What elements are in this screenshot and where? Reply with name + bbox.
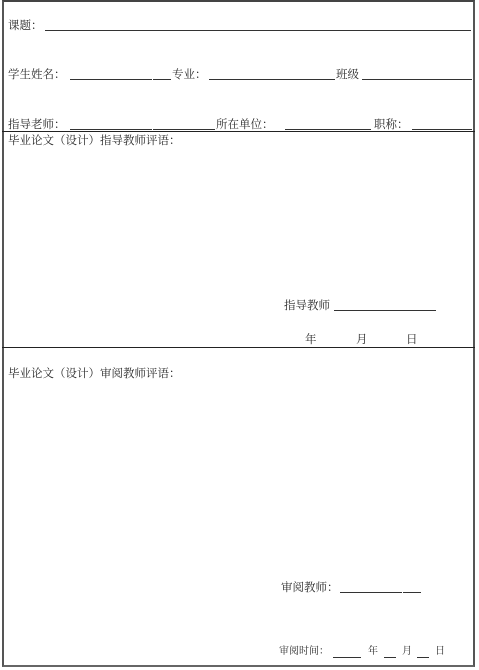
student-name-field-extra[interactable] (153, 79, 171, 80)
major-field[interactable] (209, 79, 335, 80)
reviewer-signature-field-extra[interactable] (403, 592, 421, 593)
title-field[interactable] (412, 129, 472, 130)
reviewer-comment-area[interactable] (6, 384, 471, 569)
class-label: 班级 (336, 67, 359, 81)
title-label: 职称： (374, 117, 409, 131)
advisor-field-extra[interactable] (153, 129, 215, 130)
class-field[interactable] (362, 79, 472, 80)
advisor-field[interactable] (70, 129, 152, 130)
review-month-field[interactable] (384, 657, 396, 658)
student-name-field[interactable] (70, 79, 152, 80)
advisor-month-label: 月 (356, 332, 368, 346)
advisor-day-label: 日 (406, 332, 418, 346)
review-year-label: 年 (368, 645, 378, 659)
topic-label: 课题： (8, 18, 43, 32)
unit-field[interactable] (285, 129, 371, 130)
advisor-signature-field[interactable] (334, 310, 436, 311)
advisor-comment-heading: 毕业论文（设计）指导教师评语： (8, 133, 181, 147)
advisor-label: 指导老师： (8, 117, 66, 131)
review-day-label: 日 (435, 645, 445, 659)
reviewer-signature-label: 审阅教师： (281, 580, 339, 594)
review-month-label: 月 (402, 645, 412, 659)
student-name-label: 学生姓名： (8, 67, 66, 81)
topic-field[interactable] (45, 30, 471, 31)
review-date-label: 审阅时间： (279, 645, 329, 659)
reviewer-signature-field[interactable] (340, 592, 402, 593)
advisor-comment-area[interactable] (6, 150, 471, 290)
review-year-field[interactable] (333, 657, 361, 658)
unit-label: 所在单位： (216, 117, 274, 131)
major-label: 专业： (172, 67, 207, 81)
section-divider (2, 347, 475, 348)
review-day-field[interactable] (417, 657, 429, 658)
header-divider (2, 131, 475, 132)
advisor-year-label: 年 (305, 332, 317, 346)
reviewer-comment-heading: 毕业论文（设计）审阅教师评语： (8, 366, 181, 380)
advisor-signature-label: 指导教师 (284, 298, 330, 312)
